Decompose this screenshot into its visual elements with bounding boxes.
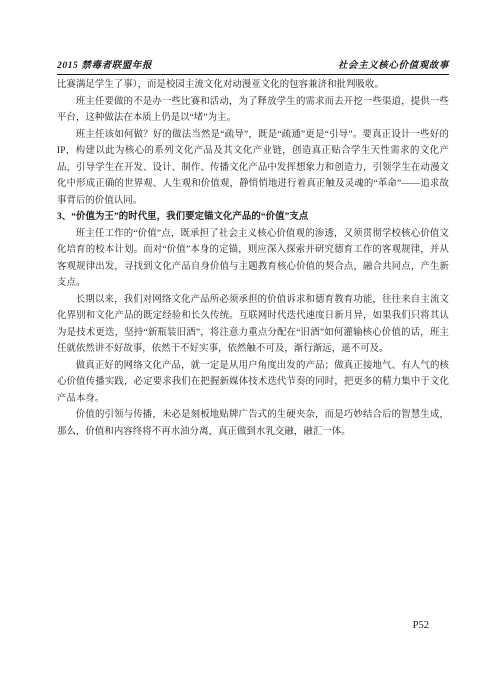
- paragraph: 做真正好的网络文化产品，就一定是从用户角度出发的产品；做真正接地气、有人气的核心…: [57, 358, 449, 408]
- page-footer: P52: [413, 620, 429, 631]
- paragraph: 班主任工作的“价值”点，既承担了社会主义核心价值观的渗透，又须贯彻学校核心价值文…: [57, 226, 449, 292]
- paragraph-continuation: 比赛满足学生了事），而是校园主流文化对动漫亚文化的包容兼济和批判吸收。: [57, 77, 449, 94]
- paragraph: 长期以来，我们对网络文化产品所必须承担的价值诉求和德育教育功能，往往来自主流文化…: [57, 292, 449, 358]
- paragraph: 班主任该如何做？好的做法当然是“疏导”，既是“疏通”更是“引导”。要真正设计一些…: [57, 127, 449, 210]
- paragraph: 价值的引领与传播，未必是刻板地贴牌广告式的生硬夹杂，而是巧妙结合后的智慧生成，那…: [57, 407, 449, 440]
- section-heading: 3、“价值为王”的时代里，我们要定锚文化产品的“价值”支点: [57, 209, 449, 226]
- document-body: 比赛满足学生了事），而是校园主流文化对动漫亚文化的包容兼济和批判吸收。 班主任要…: [57, 77, 449, 440]
- paragraph: 班主任要做的不是办一些比赛和活动，为了释放学生的需求而去开挖一些渠道，提供一些平…: [57, 94, 449, 127]
- header-right-title: 社会主义核心价值观故事: [338, 57, 449, 71]
- header-left-title: 2015 禁毒者联盟年报: [57, 57, 152, 71]
- document-page: 2015 禁毒者联盟年报 社会主义核心价值观故事 比赛满足学生了事），而是校园主…: [0, 0, 480, 678]
- page-header: 2015 禁毒者联盟年报 社会主义核心价值观故事: [57, 57, 449, 75]
- page-number: P52: [413, 620, 429, 631]
